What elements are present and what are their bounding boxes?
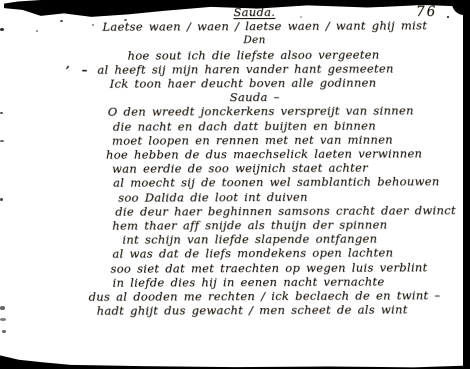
edge-speck [0, 140, 4, 142]
edge-speck [0, 198, 3, 201]
manuscript-line: hadt ghijt dus gewacht / men scheet de a… [97, 302, 445, 318]
ink-speck [36, 30, 38, 32]
manuscript-line-with-mark: ’ –al heeft sij mijn haren vander hant g… [66, 61, 444, 77]
page-number-dot [447, 16, 449, 18]
edge-speck [2, 330, 6, 333]
scan-border-right [463, 0, 470, 367]
manuscript-line: soo siet dat met traechten op wegen luis… [110, 260, 444, 276]
manuscript-line: O den wreedt jonckerkens verspreijt van … [108, 104, 444, 120]
manuscript-line: soo Dalida die loot int duiven [118, 189, 444, 205]
edge-speck [0, 112, 3, 114]
manuscript-line: Ick toon haer deucht boven alle godinnen [110, 75, 444, 91]
manuscript-line: die deur haer beghinnen samsons cracht d… [115, 203, 444, 219]
manuscript-line: al moecht sij de toonen wel samblantich … [113, 175, 444, 191]
manuscript-line: in liefde dies hij in eenen nacht vernac… [112, 274, 444, 290]
edge-speck [0, 28, 4, 31]
manuscript-line: moet loopen en rennen met net van minnen [112, 132, 444, 148]
ink-speck [60, 20, 63, 22]
manuscript-line: hoe hebben de dus maechselick laeten ver… [106, 146, 444, 162]
manuscript-line: Laetse waen / waen / laetse waen / want … [102, 18, 443, 34]
stanza-heading-label: Sauda. [233, 5, 275, 19]
edge-speck [0, 318, 6, 321]
manuscript-line: al was dat de liefs mondekens open lacht… [112, 246, 444, 262]
manuscript-line: hem thaer aff snijde als thuijn der spin… [112, 217, 444, 233]
margin-mark: ’ – [66, 63, 91, 77]
manuscript-line: dus al dooden me rechten / ick beclaech … [89, 288, 445, 304]
manuscript-text: Sauda. Laetse waen / waen / laetse waen … [65, 4, 444, 318]
manuscript-line: hoe sout ich die liefste alsoo vergeeten [128, 47, 444, 63]
manuscript-line: die nacht en dach datt buijten en binnen [113, 118, 444, 134]
edge-speck [0, 306, 5, 310]
scan-border-bottom [0, 353, 470, 369]
manuscript-line: int schijn van liefde slapende ontfangen [122, 231, 444, 247]
manuscript-line-text: al heeft sij mijn haren vander hant gesm… [97, 61, 393, 76]
manuscript-page-scan: 76 Sauda. Laetse waen / waen / laetse wa… [0, 0, 470, 369]
manuscript-line: wan eerdie de soo weijnich staet achter [112, 160, 444, 176]
